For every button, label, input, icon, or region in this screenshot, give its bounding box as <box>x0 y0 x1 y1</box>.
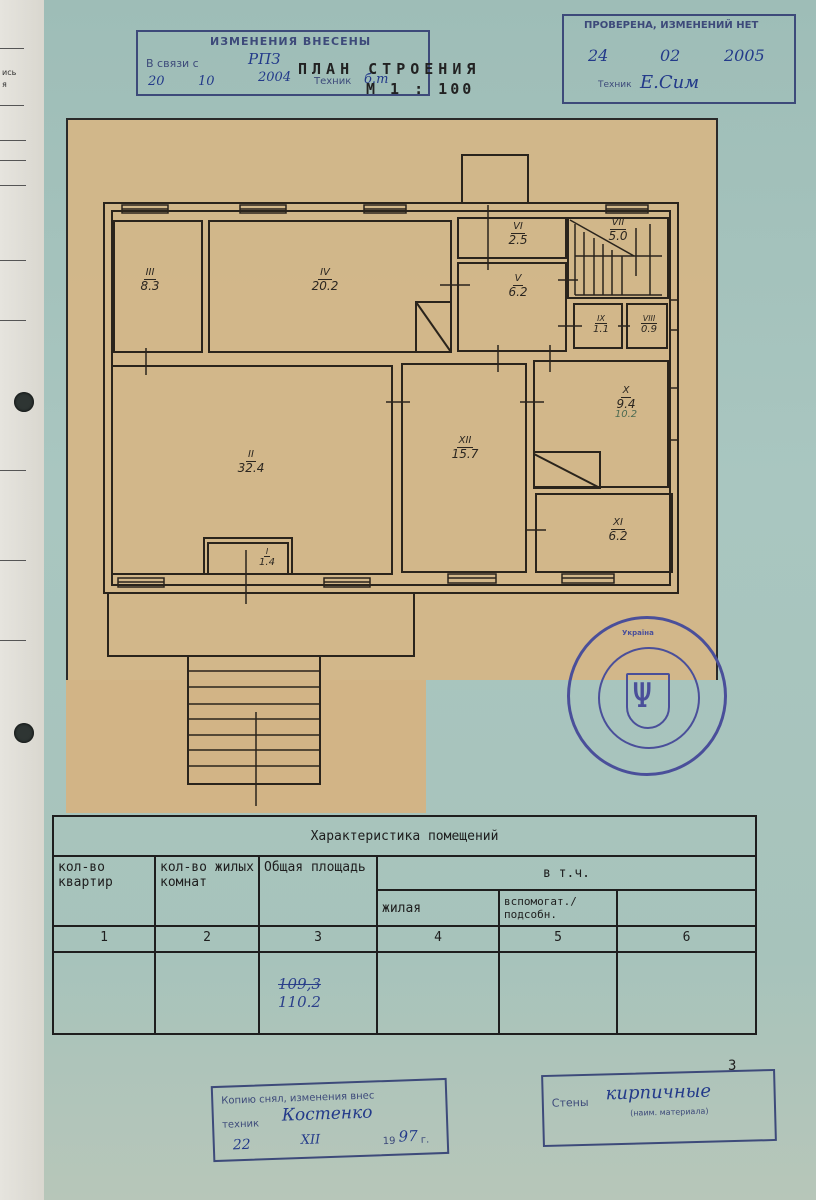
room-label-vii: VII5.0 <box>598 212 638 242</box>
room-label-ix: IX1.1 <box>586 308 616 335</box>
stamp-year-prefix: 19 <box>383 1136 396 1147</box>
col-header-apartments: кол-во квартир <box>53 856 155 926</box>
stamp-year-suffix: г. <box>421 1135 430 1146</box>
cell-living-rooms <box>155 952 259 1034</box>
stamp-walls-label: Стены <box>552 1096 589 1110</box>
stamp-walls-material: Стены кирпичные (наим. материала) <box>541 1069 777 1147</box>
col-header-6 <box>617 890 756 926</box>
room-label-i: I1.4 <box>252 541 282 568</box>
stamp-copy-made: Копию снял, изменения внес техник Костен… <box>211 1078 450 1162</box>
stamp-tech-name: Костенко <box>281 1103 372 1126</box>
col-number-3: 3 <box>259 926 377 952</box>
table-title: Характеристика помещений <box>53 816 756 856</box>
stamp-tech-label: техник <box>222 1118 259 1130</box>
col-header-auxiliary: вспомогат./подсобн. <box>499 890 617 926</box>
cell-total-area: 109,3 110.2 <box>259 952 377 1034</box>
stamp-year: 97 <box>398 1127 418 1146</box>
room-label-x: X9.410.2 <box>606 380 646 421</box>
total-area-corrected: 110.2 <box>278 993 372 1011</box>
col-number-1: 1 <box>53 926 155 952</box>
cell-living-area <box>377 952 499 1034</box>
room-label-iii: III8.3 <box>130 262 170 292</box>
room-label-ii: II32.4 <box>226 444 276 474</box>
total-area-struck: 109,3 <box>278 975 372 993</box>
cell-col6 <box>617 952 756 1034</box>
stamp-walls-value: кирпичные <box>605 1081 711 1105</box>
col-number-6: 6 <box>617 926 756 952</box>
seal-inner-text: Україна <box>622 629 654 637</box>
room-label-vi: VI2.5 <box>498 216 538 246</box>
room-label-xii: XII15.7 <box>440 430 490 460</box>
col-header-living-rooms: кол-во жилых комнат <box>155 856 259 926</box>
col-number-4: 4 <box>377 926 499 952</box>
room-label-v: V6.2 <box>498 268 538 298</box>
col-header-total-area: Общая площадь <box>259 856 377 926</box>
room-label-iv: IV20.2 <box>300 262 350 292</box>
stamp-day: 22 <box>233 1137 251 1154</box>
stamp-month: XII <box>300 1132 320 1148</box>
col-header-including: в т.ч. <box>377 856 756 890</box>
col-number-2: 2 <box>155 926 259 952</box>
room-characteristics-table: Характеристика помещений кол-во квартир … <box>52 815 757 1035</box>
col-number-5: 5 <box>499 926 617 952</box>
cell-auxiliary-area <box>499 952 617 1034</box>
room-label-viii: VIII0.9 <box>634 308 664 335</box>
stamp-walls-sublabel: (наим. материала) <box>630 1107 709 1118</box>
official-seal: Ψ Україна <box>567 616 727 776</box>
room-label-xi: XI6.2 <box>598 512 638 542</box>
cell-apartments <box>53 952 155 1034</box>
col-header-living: жилая <box>377 890 499 926</box>
trident-icon: Ψ <box>632 679 652 713</box>
